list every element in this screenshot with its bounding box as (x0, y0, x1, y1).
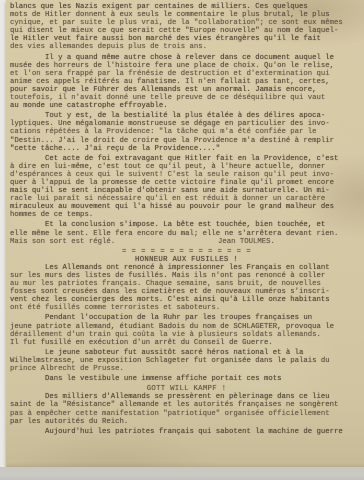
text-line: Pendant l'occupation de la Ruhr par les … (10, 314, 363, 322)
text-line: Wilhelmstrasse, une exposition Schlagete… (10, 357, 363, 365)
text-line: "cette tâche.... J'ai reçu de la Provide… (10, 145, 363, 153)
scanner-background (0, 467, 364, 480)
text-line: pour savoir que le Führer des Allemands … (10, 86, 363, 94)
separator-rule: = = = = = = = = = = = = = = (10, 248, 363, 256)
document-text-column: blancs que les Nazis exigent par centain… (10, 3, 363, 438)
text-line: racle lui paraît si nécessaire qu'il en … (10, 195, 363, 203)
text-line: à dire en lui-même, c'est tout ce qu'il … (10, 163, 363, 171)
text-line: Dans le vestibule une immense affiche po… (10, 375, 363, 383)
text-line: Il fut fusillé en exécution d'un arrêt d… (10, 339, 363, 347)
paragraph: Les Allemands ont renoncé à impressionne… (10, 264, 363, 313)
text-line: des vies allemandes depuis plus de trois… (10, 43, 363, 51)
text-line: anime ces appels réitérés au fanatisme. … (10, 78, 363, 86)
text-line: d'espérances à ceux qui le suivent! C'es… (10, 171, 363, 179)
text-line: elle même le sent. Elle fera encore du m… (10, 230, 363, 238)
text-line: pas à empêcher cette manifestation "patr… (10, 410, 363, 418)
paragraph: Tout y est, de la bestialité la plus éta… (10, 112, 363, 152)
text-line: Le jeune saboteur fut aussitôt sacré hér… (10, 349, 363, 357)
text-line: cations répétées à la Providence: "la tâ… (10, 128, 363, 136)
text-line: Mais son sort est réglé.Jean TOULMES. (10, 238, 363, 246)
text-line: Cet acte de foi extravagant que Hitler f… (10, 155, 363, 163)
author-signature: Jean TOULMES. (218, 238, 275, 246)
text-line: déraillement d'un train qui coûta la vie… (10, 331, 363, 339)
article-heading: HONNEUR AUX FUSILLES ! (10, 256, 363, 264)
text-line: Et la conclusion s'impose. La bête est t… (10, 221, 363, 229)
text-line: Les Allemands ont renoncé à impressionne… (10, 264, 363, 272)
poster-slogan: GOTT WILL KAMPF ! (10, 385, 363, 393)
text-line: "Destin... J'ai le droit de croire que l… (10, 137, 363, 145)
paragraph: Pendant l'occupation de la Ruhr par les … (10, 314, 363, 346)
paragraph: blancs que les Nazis exigent par centain… (10, 3, 363, 52)
closing-sentence: Mais son sort est réglé. (10, 238, 115, 246)
text-line: par les autorités du Reich. (10, 418, 363, 426)
paragraph: Aujourd'hui les patriotes français qui s… (10, 428, 363, 436)
text-line: hommes de ce temps. (10, 211, 363, 219)
text-line: prince Albrecht de Prusse. (10, 365, 363, 373)
text-line: fosses sont creusées dans les cimetières… (10, 288, 363, 296)
text-line: ont été fusillés comme terroristes et sa… (10, 304, 363, 312)
paragraph: Le jeune saboteur fut aussitôt sacré hér… (10, 349, 363, 373)
text-line: saint de la "Résistance" allemande et le… (10, 401, 363, 409)
text-line: au monde une catastrophe effroyable. (10, 102, 363, 110)
text-line: mots de Hitler donnent à eux seuls le co… (10, 11, 363, 19)
scanned-document: blancs que les Nazis exigent par centain… (0, 0, 364, 480)
text-line: blancs que les Nazis exigent par centain… (10, 3, 363, 11)
paragraph: Des milliers d'Allemands se pressèrent e… (10, 393, 363, 425)
text-line: qui disent le mieux ce que serait cette … (10, 27, 363, 35)
text-line: sur les murs des listes de fusillés. Mai… (10, 272, 363, 280)
paragraph: Et la conclusion s'impose. La bête est t… (10, 221, 363, 245)
paragraph: Dans le vestibule une immense affiche po… (10, 375, 363, 383)
text-line: quer à l'appui de la promesse de cette v… (10, 179, 363, 187)
paper-sheet: blancs que les Nazis exigent par centain… (6, 0, 364, 467)
text-line: musée des horreurs de l'histoire fera un… (10, 62, 363, 70)
text-line: jeune patriote allemand, étudiant Badois… (10, 323, 363, 331)
text-line: Il y a quand même autre chose à relever … (10, 54, 363, 62)
paragraph: Cet acte de foi extravagant que Hitler f… (10, 155, 363, 220)
text-line: Aujourd'hui les patriotes français qui s… (10, 428, 363, 436)
paragraph: Il y a quand même autre chose à relever … (10, 54, 363, 111)
text-line: au mur les patriotes français. Chaque se… (10, 280, 363, 288)
text-line: mais qu'il se sent incapable d'obtenir s… (10, 187, 363, 195)
text-line: toutefois, il n'avait donné une telle pr… (10, 94, 363, 102)
text-line: et l'on sera frappé par la frénésie de d… (10, 70, 363, 78)
